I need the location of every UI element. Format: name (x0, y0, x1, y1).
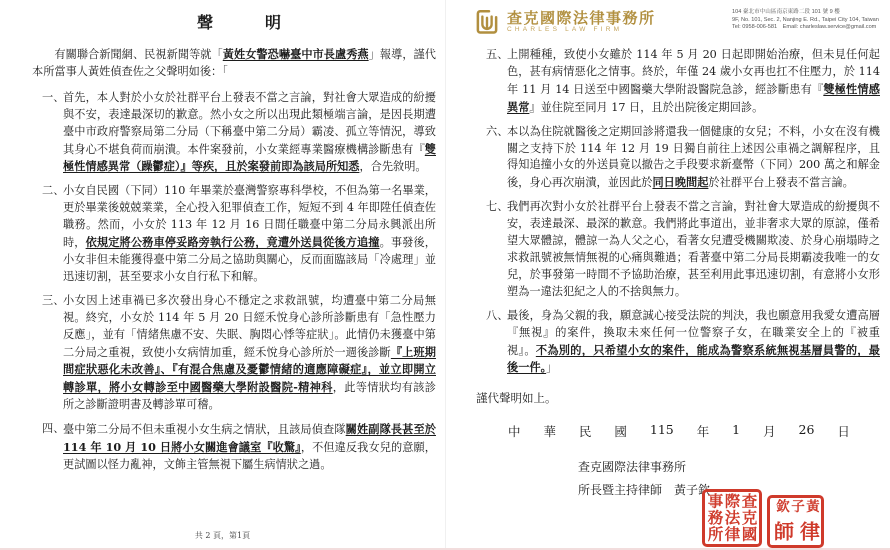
statement-paragraph: 二、小女自民國（下同）110 年畢業於臺灣警察專科學校，不但為第一名畢業，更於畢… (42, 183, 436, 285)
page-1: 聲 明 有關聯合新聞網、民視新聞等就「黃姓女警恐嚇臺中市長盧秀燕」報導，謹代本所… (0, 0, 445, 550)
firm-name-zh: 查克國際法律事務所 (507, 10, 656, 26)
date-token: 華 (543, 422, 556, 440)
paragraph-number: 五、 (486, 47, 508, 64)
statement-paragraph: 八、最後，身為父親的我，願意誠心接受法院的判決，我也願意用我愛女遭高層『無視』的… (486, 308, 880, 378)
date-token: 1 (732, 422, 740, 440)
statement-document: 聲 明 有關聯合新聞網、民視新聞等就「黃姓女警恐嚇臺中市長盧秀燕」報導，謹代本所… (0, 0, 890, 550)
statement-paragraph: 六、本以為住院就醫後之定期回診將還我一個健康的女兒；不料，小女在沒有機關之支持下… (486, 124, 880, 193)
page2-body: 五、上開種種，致使小女雖於 114 年 5 月 20 日起即開始治療，但未見任何… (486, 47, 880, 377)
plain-text: 臺中第二分局不但未重視小女生病之情狀，且該局偵查隊 (63, 423, 346, 436)
paragraph-number: 三、 (42, 293, 64, 310)
closing-line: 謹代聲明如上。 (476, 390, 880, 406)
date-token: 月 (763, 422, 776, 440)
plain-text: 有關聯合新聞網、民視新聞等就「 (54, 48, 222, 61)
statement-paragraph: 七、我們再次對小女於社群平台上發表不當之言論，對社會大眾造成的紛擾與不安，表達最… (486, 199, 880, 300)
plain-text: 小女因上述車禍已多次發出身心不穩定之求救訊號，均遭臺中第二分局無視。終究，小女於… (63, 294, 436, 359)
text-line: 9F, No. 101, Sec. 2, Nanjing E. Rd., Tai… (732, 17, 880, 25)
date-token: 年 (697, 422, 710, 440)
plain-text: ，合先敘明。 (359, 160, 426, 173)
date-token: 國 (614, 422, 627, 440)
page-number-footer: 共 2 頁，第1頁 (0, 530, 445, 541)
paragraph-number: 一、 (42, 90, 64, 107)
letterhead: 查克國際法律事務所 CHARLES LAW FIRM 104 臺北市中山區南京東… (472, 7, 880, 37)
emphasized-text: 黃姓女警恐嚇臺中市長盧秀燕 (223, 47, 369, 61)
date-line: 中華民國115年1月26日 (508, 422, 850, 440)
plain-text: 』並住院至同月 17 日，且於出院後定期回診。 (529, 101, 763, 114)
emphasized-text: 不為別的，只希望小女的案件，能成為警察系統無視基層員警的，最後一件。 (507, 343, 880, 375)
emphasized-text: 同日晚間起 (652, 175, 708, 189)
date-token: 26 (799, 422, 815, 440)
text-line: 104 臺北市中山區南京東路二段 101 號 9 樓 (732, 9, 880, 17)
firm-name-en: CHARLES LAW FIRM (507, 26, 656, 34)
date-token: 民 (579, 422, 592, 440)
text-line: Tel: 0958-006-581 Email: charleslaw.serv… (732, 24, 880, 32)
date-token: 115 (650, 422, 674, 440)
intro-paragraph: 有關聯合新聞網、民視新聞等就「黃姓女警恐嚇臺中市長盧秀燕」報導，謹代本所當事人黃… (32, 46, 436, 81)
plain-text: 我們再次對小女於社群平台上發表不當之言論，對社會大眾造成的紛擾與不安，表達最深、… (507, 200, 880, 298)
law-firm-logo-icon (472, 7, 502, 37)
statement-paragraph: 五、上開種種，致使小女雖於 114 年 5 月 20 日起即開始治療，但未見任何… (486, 47, 880, 117)
date-token: 日 (837, 422, 850, 440)
plain-text: 於社群平台上發表不當言論。 (708, 176, 853, 189)
page-2: 查克國際法律事務所 CHARLES LAW FIRM 104 臺北市中山區南京東… (445, 0, 890, 550)
firm-seal-stamp: 查克國際法律事務所 (702, 489, 762, 547)
firm-address: 104 臺北市中山區南京東路二段 101 號 9 樓9F, No. 101, S… (732, 7, 880, 32)
plain-text: 首先，本人對於小女於社群平台上發表不當之言論，對社會大眾造成的紛擾與不安，表達最… (63, 91, 436, 156)
paragraph-number: 八、 (486, 308, 508, 325)
paragraph-number: 六、 (486, 124, 508, 141)
page-title: 聲 明 (42, 10, 436, 33)
statement-paragraph: 四、臺中第二分局不但未重視小女生病之情狀，且該局偵查隊關姓副隊長甚至於 114 … (42, 421, 436, 474)
paragraph-number: 二、 (42, 183, 64, 200)
text-line: 查克國際法律事務所 (578, 456, 880, 479)
brand-text: 查克國際法律事務所 CHARLES LAW FIRM (507, 10, 656, 34)
statement-paragraph: 一、首先，本人對於小女於社群平台上發表不當之言論，對社會大眾造成的紛擾與不安，表… (42, 90, 436, 177)
paragraph-number: 四、 (42, 421, 64, 438)
law-firm-brand: 查克國際法律事務所 CHARLES LAW FIRM (472, 7, 656, 37)
date-token: 中 (508, 422, 521, 440)
statement-paragraph: 三、小女因上述車禍已多次發出身心不穩定之求救訊號，均遭臺中第二分局無視。終究，小… (42, 293, 436, 414)
plain-text: 」 (546, 361, 557, 374)
seal-lawyer-title: 律師 (770, 521, 822, 544)
emphasized-text: 依規定將公務車停妥路旁執行公務，竟遭外送員從後方追撞 (86, 235, 380, 249)
paragraph-number: 七、 (486, 199, 508, 216)
page1-body: 有關聯合新聞網、民視新聞等就「黃姓女警恐嚇臺中市長盧秀燕」報導，謹代本所當事人黃… (42, 46, 436, 474)
lawyer-seal-stamp: 黃子欽 律師 (767, 495, 824, 548)
seal-lawyer-name: 黃子欽 (773, 499, 818, 521)
